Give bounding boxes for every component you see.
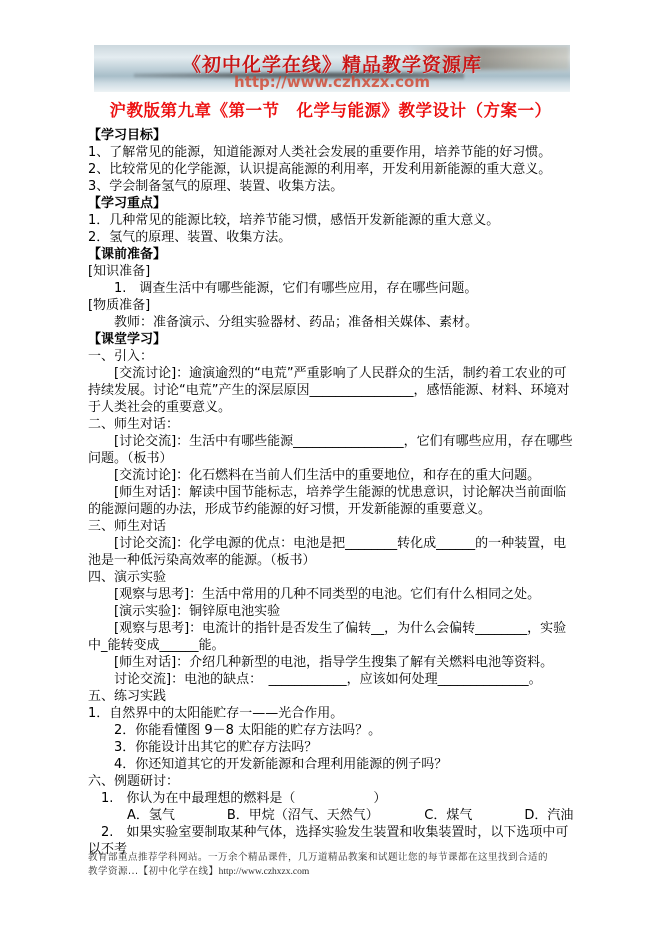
section-2-dialogue: 二、师生对话： (88, 416, 578, 433)
heading-learning-goals: 【学习目标】 (88, 127, 578, 144)
banner-site-url: http://www.czhxzx.com (94, 73, 570, 91)
dialogue-exchange-1: [讨论交流]：生活中有哪些能源_________________，它们有哪些应用… (88, 433, 578, 467)
practice-item-2: 2．你能看懂图 9－8 太阳能的贮存方法吗？。 (88, 722, 578, 739)
dialogue-exchange-3: [师生对话]：解读中国节能标志，培养学生能源的忧患意识，讨论解决当前面临的能源问… (88, 484, 578, 518)
demo-experiment-item: [演示实验]：铜锌原电池实验 (88, 603, 578, 620)
heading-pre-class-prep: 【课前准备】 (88, 246, 578, 263)
section-3-dialogue: 三、师生对话 (88, 518, 578, 535)
practice-item-3: 3．你能设计出其它的贮存方法吗？ (88, 739, 578, 756)
footer-site-url: http://www.czhxzx.com (219, 867, 310, 877)
material-prep-item: 教师：准备演示、分组实验器材、药品；准备相关媒体、素材。 (88, 314, 578, 331)
page-title: 沪教版第九章《第一节 化学与能源》教学设计（方案一） (0, 97, 661, 121)
document-body: 【学习目标】 1、了解常见的能源，知道能源对人类社会发展的重要作用，培养节能的好… (88, 127, 578, 858)
goal-item-2: 2、比较常见的化学能源，认识提高能源的利用率，开发利用新能源的重大意义。 (88, 161, 578, 178)
intro-discussion: [交流讨论]：逾演逾烈的“电荒”严重影响了人民群众的生活，制约着工农业的可持续发… (88, 365, 578, 416)
document-page: 《初中化学在线》精品教学资源库 http://www.czhxzx.com 沪教… (0, 0, 661, 935)
key-point-1: 1．几种常见的能源比较，培养节能习惯，感悟开发新能源的重大意义。 (88, 212, 578, 229)
section-1-intro: 一、引入： (88, 348, 578, 365)
section-4-demo-experiment: 四、演示实验 (88, 569, 578, 586)
goal-item-3: 3、学会制备氢气的原理、装置、收集方法。 (88, 178, 578, 195)
heading-key-points: 【学习重点】 (88, 195, 578, 212)
goal-item-1: 1、了解常见的能源，知道能源对人类社会发展的重要作用，培养节能的好习惯。 (88, 144, 578, 161)
dialogue-exchange-2: [交流讨论]：化石燃料在当前人们生活中的重要地位，和存在的重大问题。 (88, 467, 578, 484)
heading-class-learning: 【课堂学习】 (88, 331, 578, 348)
battery-advantages: [讨论交流]：化学电源的优点：电池是把________转化成______的一种装… (88, 535, 578, 569)
example-question-1: 1. 你认为在中最理想的燃料是（ ） (88, 790, 578, 807)
site-banner-image: 《初中化学在线》精品教学资源库 http://www.czhxzx.com (94, 45, 570, 92)
footer-line-2-text: 教学资源...【初中化学在线】 (88, 866, 219, 877)
practice-item-4: 4．你还知道其它的开发新能源和合理利用能源的例子吗？ (88, 756, 578, 773)
example-question-1-options: A．氢气 B．甲烷（沼气、天然气） C．煤气 D．汽油 (88, 807, 578, 824)
subheading-knowledge-prep: [知识准备] (88, 263, 578, 280)
observe-think-2: [观察与思考]：电流计的指针是否发生了偏转__，为什么会偏转________，实… (88, 620, 578, 654)
observe-think-1: [观察与思考]：生活中常用的几种不同类型的电池。它们有什么相同之处。 (88, 586, 578, 603)
knowledge-prep-item: 1. 调查生活中有哪些能源，它们有哪些应用，存在哪些问题。 (88, 280, 578, 297)
footer-watermark: 教育部重点推荐学科网站。一万余个精品课件，几万道精品教案和试题让您的每节课都在这… (88, 851, 593, 879)
subheading-material-prep: [物质准备] (88, 297, 578, 314)
section-6-examples: 六、例题研讨： (88, 773, 578, 790)
practice-item-1: 1．自然界中的太阳能贮存一——光合作用。 (88, 705, 578, 722)
footer-line-2: 教学资源...【初中化学在线】http://www.czhxzx.com (88, 865, 593, 879)
footer-line-1: 教育部重点推荐学科网站。一万余个精品课件，几万道精品教案和试题让您的每节课都在这… (88, 851, 593, 865)
key-point-2: 2．氢气的原理、装置、收集方法。 (88, 229, 578, 246)
teacher-student-dialogue: [师生对话]：介绍几种新型的电池，指导学生搜集了解有关燃料电池等资料。 (88, 654, 578, 671)
battery-drawbacks: 讨论交流]：电池的缺点： ____________，应该如何处理________… (88, 671, 578, 688)
section-5-practice: 五、练习实践 (88, 688, 578, 705)
